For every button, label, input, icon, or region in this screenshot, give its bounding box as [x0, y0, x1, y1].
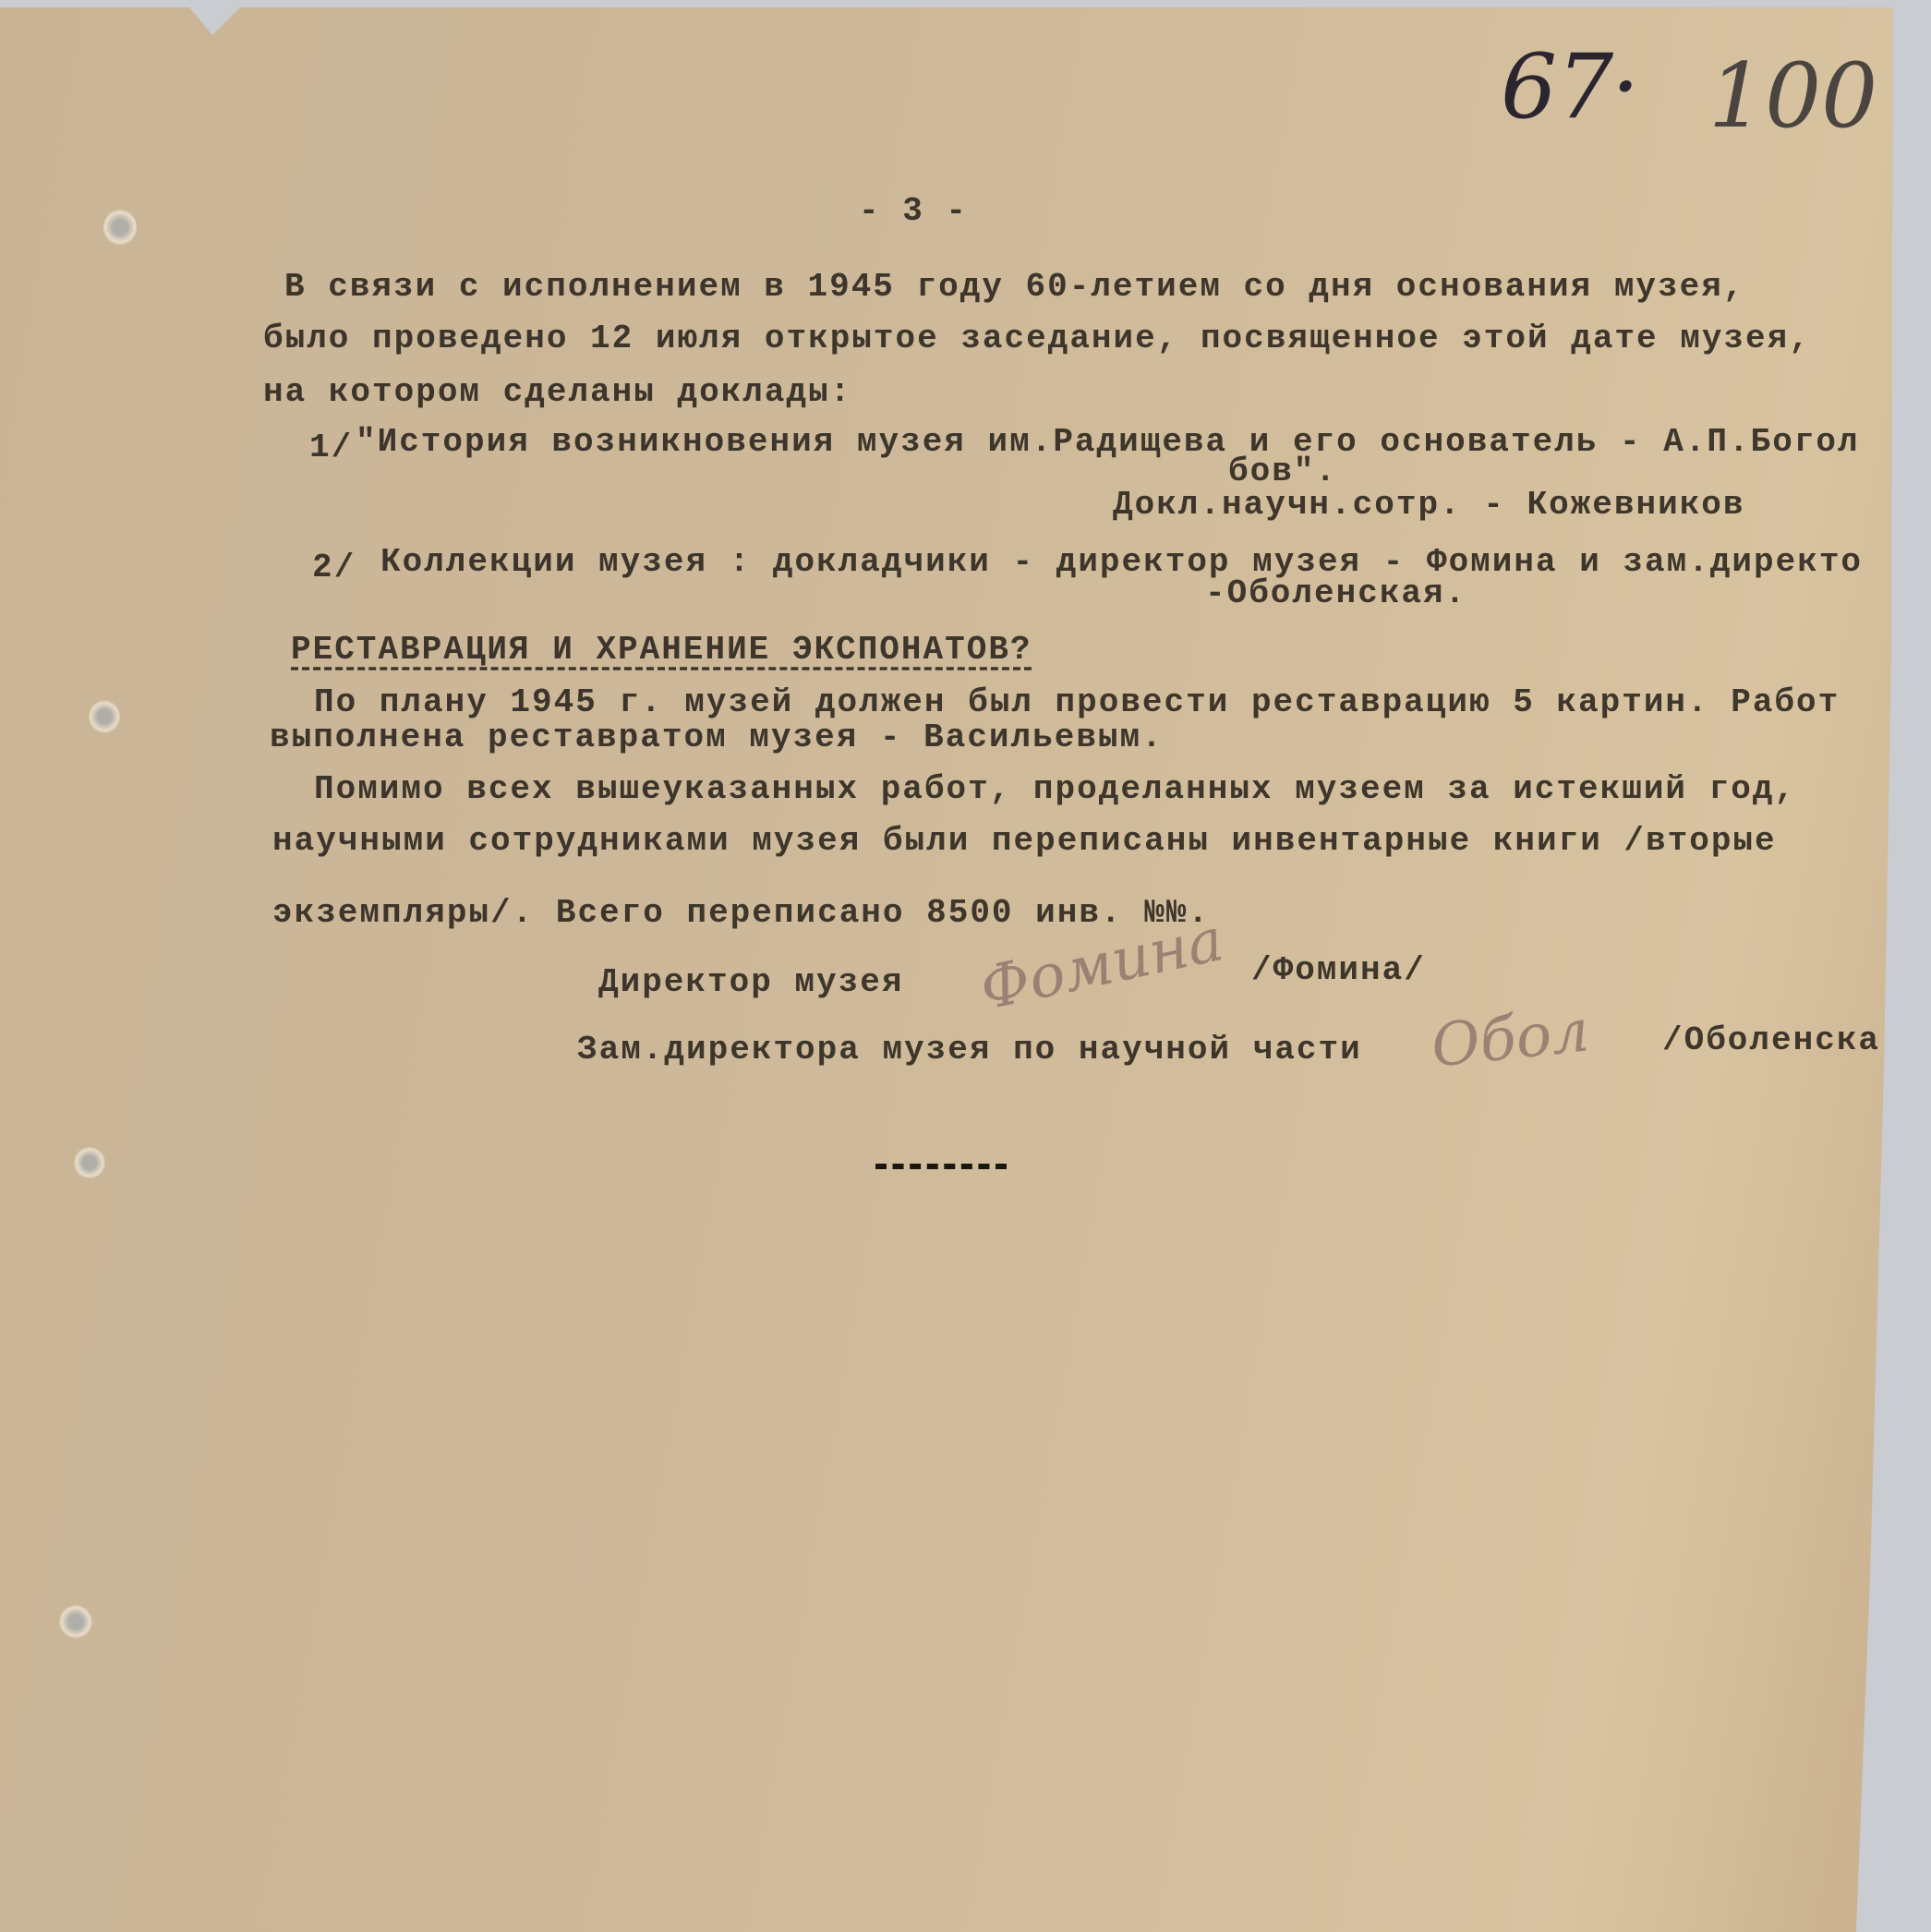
paragraph-line: научными сотрудниками музея были перепис… [272, 822, 1777, 860]
report-number: 2/ [312, 549, 356, 586]
report-title: "История возникновения музея им.Радищева… [356, 423, 1860, 461]
report-speaker: Докл.научн.сотр. - Кожевников [1113, 486, 1745, 524]
report-title-cont: -Оболенская. [1205, 574, 1466, 612]
paragraph-line: экземпляры/. Всего переписано 8500 инв. … [272, 894, 1210, 932]
report-title: Коллекции музея : докладчики - директор … [380, 543, 1863, 581]
handwritten-signature: Обол [1429, 996, 1593, 1081]
signature-name: /Оболенска [1662, 1021, 1880, 1059]
punch-hole [103, 209, 137, 246]
punch-hole [74, 1147, 105, 1178]
report-title-cont: бов". [1228, 453, 1337, 490]
document-sheet: 67 · 100 - 3 - В связи с исполнением в 1… [0, 7, 1893, 1932]
paragraph-line: на котором сделаны доклады: [263, 373, 851, 411]
page-marker: - 3 - [859, 192, 968, 230]
paragraph-line: было проведено 12 июля открытое заседани… [263, 320, 1811, 357]
section-heading: РЕСТАВРАЦИЯ И ХРАНЕНИЕ ЭКСПОНАТОВ? [291, 631, 1032, 669]
archive-sheet-number: 67 [1501, 35, 1613, 139]
signature-name: /Фомина/ [1251, 951, 1426, 989]
section-line: По плану 1945 г. музей должен был провес… [314, 683, 1840, 721]
punch-hole [59, 1605, 92, 1638]
signature-role: Директор музея [598, 963, 903, 1001]
end-mark [875, 1164, 1007, 1169]
paragraph-line: В связи с исполнением в 1945 году 60-лет… [284, 268, 1744, 306]
paragraph-line: Помимо всех вышеуказанных работ, продела… [314, 770, 1796, 808]
archive-dot: · [1611, 35, 1640, 139]
punch-hole [89, 700, 120, 733]
archive-page-number: 100 [1708, 44, 1877, 148]
report-number: 1/ [309, 429, 353, 466]
signature-role: Зам.директора музея по научной части [577, 1031, 1362, 1069]
section-line: выполнена реставратом музея - Васильевым… [270, 718, 1164, 756]
